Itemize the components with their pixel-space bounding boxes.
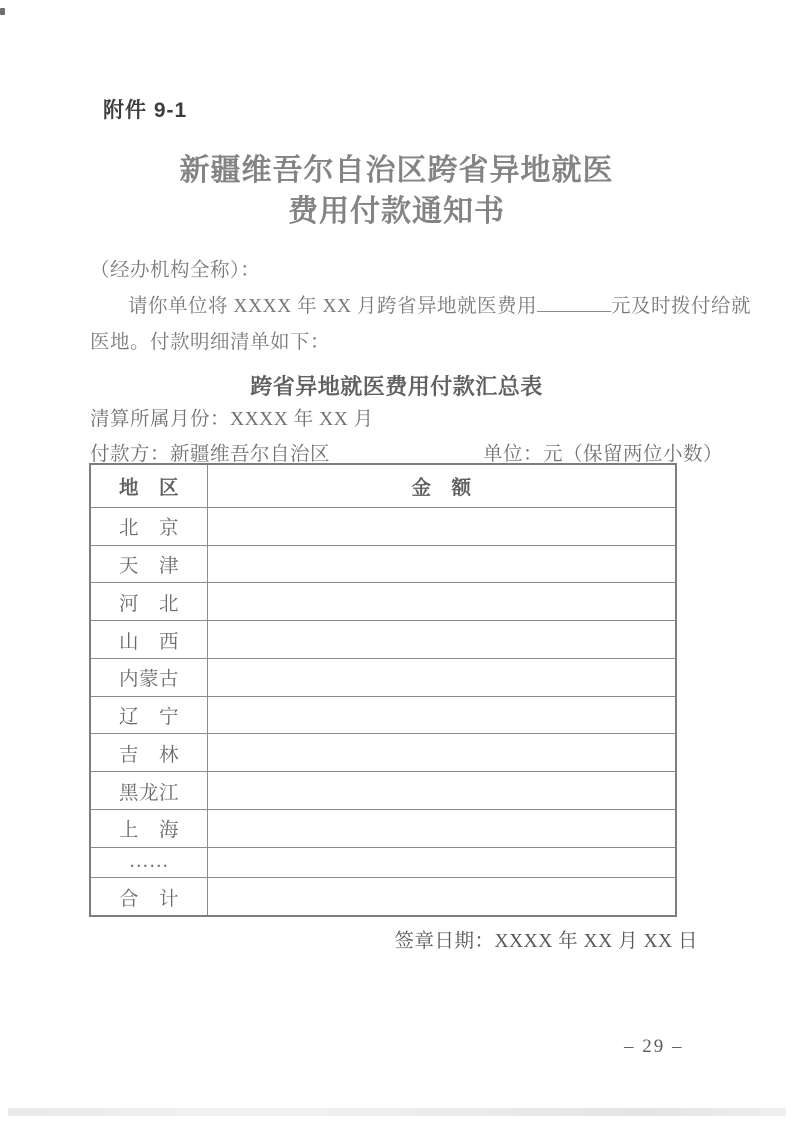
table-row: 吉 林	[90, 734, 676, 772]
body-text-suffix: 元及时拨付给就	[611, 296, 751, 317]
agency-name-line: （经办机构全称）：	[90, 254, 260, 282]
payer-line: 付款方：新疆维吾尔自治区	[90, 438, 330, 466]
table-row: 河 北	[90, 583, 676, 621]
amount-blank-underline	[537, 292, 611, 313]
payment-summary-table: 地 区 金 额 北 京 天 津 河 北 山 西 内蒙古 辽 宁 吉 林 黑龙江 …	[89, 463, 677, 917]
document-title-line2: 费用付款通知书	[0, 191, 793, 232]
amount-cell	[208, 545, 677, 583]
document-title: 新疆维吾尔自治区跨省异地就医 费用付款通知书	[0, 150, 793, 232]
amount-cell	[208, 809, 677, 847]
region-cell: 辽 宁	[90, 696, 208, 734]
document-page: 附件 9-1 新疆维吾尔自治区跨省异地就医 费用付款通知书 （经办机构全称）： …	[0, 0, 793, 1121]
attachment-label: 附件 9-1	[103, 94, 187, 124]
table-row: 北 京	[90, 508, 676, 546]
region-cell: 内蒙古	[90, 658, 208, 696]
document-title-line1: 新疆维吾尔自治区跨省异地就医	[0, 150, 793, 191]
region-cell: 山 西	[90, 621, 208, 659]
region-cell: 河 北	[90, 583, 208, 621]
region-cell: 合 计	[90, 878, 208, 916]
amount-cell	[208, 583, 677, 621]
summary-table-title: 跨省异地就医费用付款汇总表	[0, 370, 793, 401]
amount-cell	[208, 658, 677, 696]
amount-cell	[208, 696, 677, 734]
table-row: 合 计	[90, 878, 676, 916]
amount-cell	[208, 734, 677, 772]
region-cell: 黑龙江	[90, 772, 208, 810]
amount-cell	[208, 621, 677, 659]
table-row: 黑龙江	[90, 772, 676, 810]
amount-cell	[208, 772, 677, 810]
table-row: 上 海	[90, 809, 676, 847]
scan-artifact-mark	[0, 8, 5, 15]
region-cell: 天 津	[90, 545, 208, 583]
region-cell: 吉 林	[90, 734, 208, 772]
amount-column-header: 金 额	[208, 464, 677, 508]
table-row: 山 西	[90, 621, 676, 659]
body-paragraph-line2: 医地。付款明细清单如下：	[90, 326, 330, 354]
scan-edge-shadow	[8, 1108, 786, 1116]
unit-note: 单位：元（保留两位小数）	[483, 438, 723, 466]
body-paragraph-line1: 请你单位将 XXXX 年 XX 月跨省异地就医费用元及时拨付给就	[128, 290, 751, 318]
table-row: 天 津	[90, 545, 676, 583]
body-text-prefix: 请你单位将 XXXX 年 XX 月跨省异地就医费用	[128, 296, 537, 317]
region-cell: ……	[90, 847, 208, 877]
table-header-row: 地 区 金 额	[90, 464, 676, 508]
page-number: – 29 –	[624, 1036, 684, 1058]
clearing-month-line: 清算所属月份：XXXX 年 XX 月	[90, 403, 374, 431]
region-column-header: 地 区	[90, 464, 208, 508]
amount-cell	[208, 847, 677, 877]
region-cell: 北 京	[90, 508, 208, 546]
amount-cell	[208, 878, 677, 916]
amount-cell	[208, 508, 677, 546]
table-row: ……	[90, 847, 676, 877]
table-row: 辽 宁	[90, 696, 676, 734]
signature-date-line: 签章日期：XXXX 年 XX 月 XX 日	[394, 925, 698, 953]
region-cell: 上 海	[90, 809, 208, 847]
table-row: 内蒙古	[90, 658, 676, 696]
